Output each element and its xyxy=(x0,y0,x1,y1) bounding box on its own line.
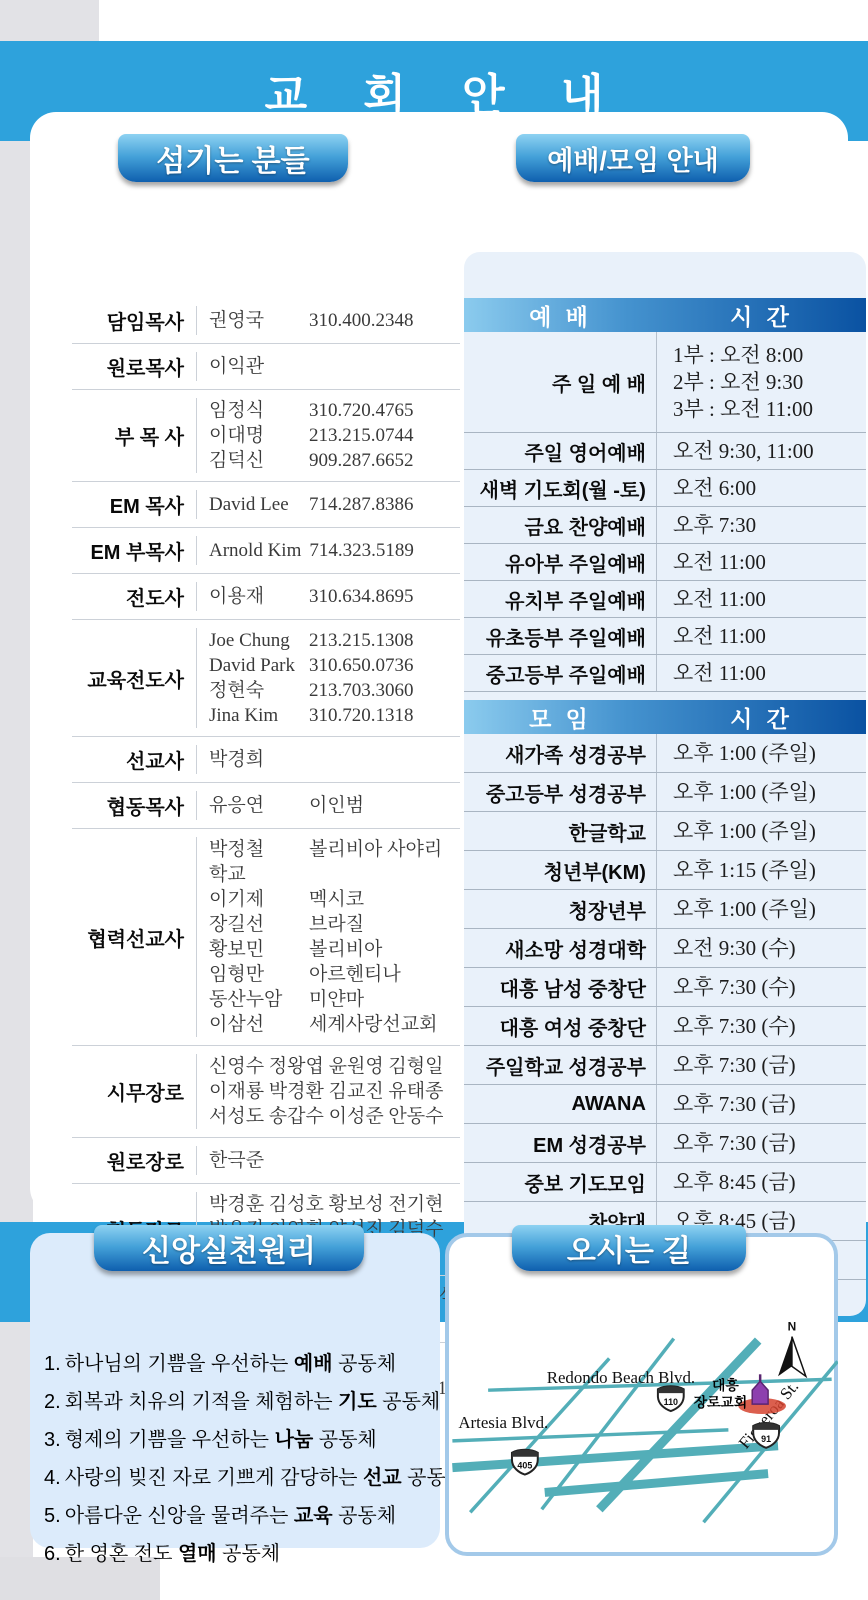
meeting-row-label: 중고등부 성경공부 xyxy=(464,773,657,811)
staff-row: 협력선교사박정철볼리비아 사야리학교이기제멕시코장길선브라질황보민볼리비아임형만… xyxy=(72,829,460,1046)
church-name-line1: 대흥 xyxy=(712,1377,739,1393)
meeting-row: 중고등부 성경공부오후 1:00 (주일) xyxy=(464,773,866,812)
principle-item: 2.회복과 치유의 기적을 체험하는 기도 공동체 xyxy=(44,1383,440,1421)
staff-value-name: 정현숙 xyxy=(209,678,301,703)
worship-row: 주일 영어예배오전 9:30, 11:00 xyxy=(464,433,866,470)
meeting-row-time: 오후 1:15 (주일) xyxy=(657,851,866,889)
staff-value-line: 황보민볼리비아 xyxy=(209,937,460,962)
staff-row: 교육전도사Joe Chung213.215.1308David Park310.… xyxy=(72,620,460,737)
church-name-line2: 장로교회 xyxy=(694,1394,748,1410)
principle-item: 4.사랑의 빚진 자로 기쁘게 감당하는 선교 공동체 xyxy=(44,1459,440,1497)
staff-ribbon: 섬기는 분들 xyxy=(118,134,348,182)
staff-role-label: 선교사 xyxy=(72,745,196,774)
worship-row-label: 금요 찬양예배 xyxy=(464,507,657,543)
staff-role-label: 교육전도사 xyxy=(72,628,196,728)
staff-value-name: 장길선 xyxy=(209,912,301,937)
worship-row-label: 중고등부 주일예배 xyxy=(464,655,657,691)
staff-value-name: Arnold Kim xyxy=(209,538,301,563)
staff-role-label: 원로장로 xyxy=(72,1146,196,1175)
meeting-row-time: 오후 7:30 (금) xyxy=(657,1046,866,1084)
meeting-row-time: 오후 1:00 (주일) xyxy=(657,773,866,811)
staff-value-name: 이용재 xyxy=(209,584,301,609)
staff-value-info: 310.720.1318 xyxy=(309,705,414,726)
principle-text: 회복과 치유의 기적을 체험하는 xyxy=(65,1391,338,1413)
staff-value-name: 이대명 xyxy=(209,423,301,448)
staff-value-name: 임형만 xyxy=(209,962,301,987)
directions-ribbon: 오시는 길 xyxy=(512,1225,746,1271)
staff-value-name: 동산누암 xyxy=(209,987,301,1012)
principle-text: 공동체 xyxy=(333,1353,397,1375)
principle-keyword: 예배 xyxy=(294,1353,333,1375)
meeting-row-label: AWANA xyxy=(464,1085,657,1123)
staff-role-label: 전도사 xyxy=(72,582,196,611)
worship-header-col1: 예 배 xyxy=(464,299,657,332)
gray-corner-top-left xyxy=(0,0,99,41)
worship-row-time: 오전 11:00 xyxy=(657,544,866,580)
staff-value-name: 황보민 xyxy=(209,937,301,962)
staff-role-label: 시무장로 xyxy=(72,1054,196,1129)
staff-value-info: 세계사랑선교회 xyxy=(309,1014,437,1035)
staff-role-label: 부 목 사 xyxy=(72,398,196,473)
staff-value-info: 714.287.8386 xyxy=(309,494,414,515)
staff-values: 임정식310.720.4765이대명213.215.0744김덕신909.287… xyxy=(196,398,460,473)
principle-number: 1. xyxy=(44,1353,61,1375)
staff-values: David Lee714.287.8386 xyxy=(196,490,460,519)
worship-row-time-line: 3부 : 오전 11:00 xyxy=(673,396,866,423)
staff-role-label: 협력선교사 xyxy=(72,837,196,1037)
meeting-row-time: 오전 9:30 (수) xyxy=(657,929,866,967)
staff-values: Joe Chung213.215.1308David Park310.650.0… xyxy=(196,628,460,728)
principle-text: 형제의 기쁨을 우선하는 xyxy=(65,1429,275,1451)
principle-number: 5. xyxy=(44,1505,61,1527)
staff-value-name: Joe Chung xyxy=(209,628,301,653)
worship-row: 금요 찬양예배오후 7:30 xyxy=(464,507,866,544)
page: 교 회 안 내 담임목사권영국310.400.2348원로목사이익관부 목 사임… xyxy=(0,0,868,1600)
staff-value-line: 한극준 xyxy=(209,1148,460,1173)
staff-value-line: 정현숙213.703.3060 xyxy=(209,678,460,703)
staff-value-info: 213.215.1308 xyxy=(309,630,414,651)
staff-value-line: 신영수 정왕엽 윤원영 김형일 xyxy=(209,1054,460,1079)
staff-value-line: 권영국310.400.2348 xyxy=(209,308,460,333)
staff-value-line: 이익관 xyxy=(209,354,460,379)
meeting-row: 청장년부오후 1:00 (주일) xyxy=(464,890,866,929)
staff-values: 이익관 xyxy=(196,352,460,381)
staff-value-line: 이재룡 박경환 김교진 유태종 xyxy=(209,1079,460,1104)
meeting-row-time: 오후 7:30 (수) xyxy=(657,968,866,1006)
staff-value-line: 임형만아르헨티나 xyxy=(209,962,460,987)
staff-value-info: 213.215.0744 xyxy=(309,425,414,446)
staff-value-line: David Lee714.287.8386 xyxy=(209,492,460,517)
meeting-row-label: 중보 기도모임 xyxy=(464,1163,657,1201)
staff-value-line: 박경희 xyxy=(209,747,460,772)
principle-text: 공동체 xyxy=(217,1543,281,1565)
staff-value-name: 권영국 xyxy=(209,308,301,333)
staff-value-name: 박정철 xyxy=(209,837,301,862)
staff-row: EM 부목사Arnold Kim714.323.5189 xyxy=(72,528,460,574)
staff-value-name: 박경희 xyxy=(209,747,301,772)
staff-values: 유응연이인범 xyxy=(196,791,460,820)
directions-card: Redondo Beach Blvd. Artesia Blvd. Figuer… xyxy=(445,1233,838,1556)
meeting-row: 한글학교오후 1:00 (주일) xyxy=(464,812,866,851)
worship-row-time: 1부 : 오전 8:002부 : 오전 9:303부 : 오전 11:00 xyxy=(657,332,866,432)
meeting-row-label: 청장년부 xyxy=(464,890,657,928)
staff-value-line: 동산누암미얀마 xyxy=(209,987,460,1012)
worship-rows: 주 일 예 배1부 : 오전 8:002부 : 오전 9:303부 : 오전 1… xyxy=(464,332,866,692)
principle-text: 사랑의 빚진 자로 기쁘게 감당하는 xyxy=(65,1467,363,1489)
staff-row: 원로장로한극준 xyxy=(72,1138,460,1184)
meeting-row: 대흥 여성 중창단오후 7:30 (수) xyxy=(464,1007,866,1046)
staff-value-line: 이용재310.634.8695 xyxy=(209,584,460,609)
meeting-row-label: 대흥 남성 중창단 xyxy=(464,968,657,1006)
principle-item: 1.하나님의 기쁨을 우선하는 예배 공동체 xyxy=(44,1345,440,1383)
principle-item: 3.형제의 기쁨을 우선하는 나눔 공동체 xyxy=(44,1421,440,1459)
svg-text:110: 110 xyxy=(664,1397,678,1407)
meeting-row-label: 대흥 여성 중창단 xyxy=(464,1007,657,1045)
staff-value-info: 310.400.2348 xyxy=(309,310,414,331)
staff-values: 박정철볼리비아 사야리학교이기제멕시코장길선브라질황보민볼리비아임형만아르헨티나… xyxy=(196,837,460,1037)
meeting-row: 새소망 성경대학오전 9:30 (수) xyxy=(464,929,866,968)
staff-value-name: 이익관 xyxy=(209,354,301,379)
staff-value-line: 장길선브라질 xyxy=(209,912,460,937)
worship-row: 새벽 기도회(월 -토)오전 6:00 xyxy=(464,470,866,507)
meeting-row: 새가족 성경공부오후 1:00 (주일) xyxy=(464,734,866,773)
staff-role-label: EM 부목사 xyxy=(72,536,196,565)
staff-value-line: 유응연이인범 xyxy=(209,793,460,818)
worship-row-label: 유아부 주일예배 xyxy=(464,544,657,580)
meeting-row-label: 새소망 성경대학 xyxy=(464,929,657,967)
worship-row-label: 주 일 예 배 xyxy=(464,332,657,432)
worship-row: 유치부 주일예배오전 11:00 xyxy=(464,581,866,618)
svg-text:91: 91 xyxy=(761,1434,771,1444)
staff-values: 한극준 xyxy=(196,1146,460,1175)
staff-value-info: 아르헨티나 xyxy=(309,964,401,985)
meeting-header-col1: 모 임 xyxy=(464,701,657,734)
staff-role-label: 담임목사 xyxy=(72,306,196,335)
staff-value-info: 310.650.0736 xyxy=(309,655,414,676)
staff-role-label: 원로목사 xyxy=(72,352,196,381)
principle-keyword: 열매 xyxy=(178,1543,217,1565)
staff-value-name: Jina Kim xyxy=(209,703,301,728)
principles-card: 1.하나님의 기쁨을 우선하는 예배 공동체2.회복과 치유의 기적을 체험하는… xyxy=(30,1233,440,1548)
meeting-row: 청년부(KM)오후 1:15 (주일) xyxy=(464,851,866,890)
worship-row-label: 주일 영어예배 xyxy=(464,433,657,469)
principle-item: 5.아름다운 신앙을 물려주는 교육 공동체 xyxy=(44,1497,440,1535)
staff-value-line: Jina Kim310.720.1318 xyxy=(209,703,460,728)
worship-row-time-line: 2부 : 오전 9:30 xyxy=(673,369,866,396)
worship-row-time-line: 1부 : 오전 8:00 xyxy=(673,342,866,369)
svg-text:N: N xyxy=(788,1320,797,1334)
principle-number: 3. xyxy=(44,1429,61,1451)
meeting-row-time: 오후 1:00 (주일) xyxy=(657,890,866,928)
staff-value-name: David Park xyxy=(209,653,301,678)
meeting-row-label: 한글학교 xyxy=(464,812,657,850)
meeting-row-label: 청년부(KM) xyxy=(464,851,657,889)
worship-row-label: 유초등부 주일예배 xyxy=(464,618,657,654)
worship-row-label: 새벽 기도회(월 -토) xyxy=(464,470,657,506)
principle-number: 4. xyxy=(44,1467,61,1489)
staff-value-info: 714.323.5189 xyxy=(309,540,414,561)
principles-ribbon: 신앙실천원리 xyxy=(94,1225,364,1271)
north-arrow-icon: N xyxy=(778,1320,806,1377)
worship-row-time: 오후 7:30 xyxy=(657,507,866,543)
staff-role-label: EM 목사 xyxy=(72,490,196,519)
meeting-row-time: 오후 1:00 (주일) xyxy=(657,812,866,850)
meeting-row-label: 새가족 성경공부 xyxy=(464,734,657,772)
principle-text: 아름다운 신앙을 물려주는 xyxy=(65,1505,294,1527)
staff-value-name: 이기제 xyxy=(209,887,301,912)
staff-row: 담임목사권영국310.400.2348 xyxy=(72,298,460,344)
staff-value-info: 310.720.4765 xyxy=(309,400,414,421)
staff-row: 전도사이용재310.634.8695 xyxy=(72,574,460,620)
worship-row-time: 오전 11:00 xyxy=(657,618,866,654)
staff-row: 선교사박경희 xyxy=(72,737,460,783)
principle-number: 6. xyxy=(44,1543,61,1565)
staff-value-line: 이삼선세계사랑선교회 xyxy=(209,1012,460,1037)
map: Redondo Beach Blvd. Artesia Blvd. Figuer… xyxy=(450,1279,838,1555)
staff-value-name: 유응연 xyxy=(209,793,301,818)
staff-value-info: 미얀마 xyxy=(309,989,364,1010)
worship-row-label: 유치부 주일예배 xyxy=(464,581,657,617)
staff-value-info: 볼리비아 xyxy=(309,939,382,960)
meeting-row: AWANA오후 7:30 (금) xyxy=(464,1085,866,1124)
worship-row: 유아부 주일예배오전 11:00 xyxy=(464,544,866,581)
principle-text: 공동체 xyxy=(377,1391,441,1413)
meeting-row: 대흥 남성 중창단오후 7:30 (수) xyxy=(464,968,866,1007)
worship-row: 주 일 예 배1부 : 오전 8:002부 : 오전 9:303부 : 오전 1… xyxy=(464,332,866,433)
staff-value-line: 박경훈 김성호 황보성 전기현 xyxy=(209,1192,460,1217)
staff-value-line: 임정식310.720.4765 xyxy=(209,398,460,423)
principle-keyword: 교육 xyxy=(294,1505,333,1527)
staff-value-line: 김덕신909.287.6652 xyxy=(209,448,460,473)
meeting-header-col2: 시 간 xyxy=(657,701,866,734)
meeting-row-time: 오후 7:30 (금) xyxy=(657,1085,866,1123)
main-panel: 담임목사권영국310.400.2348원로목사이익관부 목 사임정식310.72… xyxy=(30,112,848,1214)
worship-ribbon: 예배/모임 안내 xyxy=(516,134,750,182)
staff-value-line: 이기제멕시코 xyxy=(209,887,460,912)
staff-value-name: 한극준 xyxy=(209,1148,301,1173)
principle-keyword: 나눔 xyxy=(275,1429,314,1451)
staff-row: EM 목사David Lee714.287.8386 xyxy=(72,482,460,528)
meeting-row-time: 오후 1:00 (주일) xyxy=(657,734,866,772)
meeting-row-time: 오후 7:30 (수) xyxy=(657,1007,866,1045)
principle-text: 하나님의 기쁨을 우선하는 xyxy=(65,1353,294,1375)
shield-405-icon: 405 xyxy=(512,1450,538,1475)
schedule-card: 예 배 시 간 주 일 예 배1부 : 오전 8:002부 : 오전 9:303… xyxy=(464,252,866,1316)
staff-row: 원로목사이익관 xyxy=(72,344,460,390)
staff-value-line: David Park310.650.0736 xyxy=(209,653,460,678)
svg-text:405: 405 xyxy=(517,1461,532,1471)
principle-text: 한 영혼 전도 xyxy=(65,1543,178,1565)
principle-keyword: 선교 xyxy=(363,1467,402,1489)
staff-role-label: 협동목사 xyxy=(72,791,196,820)
staff-row: 부 목 사임정식310.720.4765이대명213.215.0744김덕신90… xyxy=(72,390,460,482)
principle-keyword: 기도 xyxy=(338,1391,377,1413)
staff-value-line: Joe Chung213.215.1308 xyxy=(209,628,460,653)
staff-row: 협동목사유응연이인범 xyxy=(72,783,460,829)
worship-row: 중고등부 주일예배오전 11:00 xyxy=(464,655,866,692)
staff-value-info: 909.287.6652 xyxy=(309,450,414,471)
worship-row-time: 오전 11:00 xyxy=(657,581,866,617)
worship-table-header: 예 배 시 간 xyxy=(464,298,866,332)
staff-values: 신영수 정왕엽 윤원영 김형일이재룡 박경환 김교진 유태종서성도 송갑수 이성… xyxy=(196,1054,460,1129)
meeting-row: 주일학교 성경공부오후 7:30 (금) xyxy=(464,1046,866,1085)
staff-value-line: Arnold Kim714.323.5189 xyxy=(209,538,460,563)
freeway-405 xyxy=(452,1446,778,1468)
staff-value-name: 이삼선 xyxy=(209,1012,301,1037)
road-label-redondo: Redondo Beach Blvd. xyxy=(547,1368,695,1387)
worship-row-time: 오전 6:00 xyxy=(657,470,866,506)
staff-values: 이용재310.634.8695 xyxy=(196,582,460,611)
staff-values: 권영국310.400.2348 xyxy=(196,306,460,335)
staff-value-name: 임정식 xyxy=(209,398,301,423)
staff-value-info: 213.703.3060 xyxy=(309,680,414,701)
meeting-row: EM 성경공부오후 7:30 (금) xyxy=(464,1124,866,1163)
staff-values: Arnold Kim714.323.5189 xyxy=(196,536,460,565)
staff-value-line: 박정철볼리비아 사야리학교 xyxy=(209,837,460,887)
meeting-row-label: 주일학교 성경공부 xyxy=(464,1046,657,1084)
staff-value-name: 김덕신 xyxy=(209,448,301,473)
staff-row: 시무장로신영수 정왕엽 윤원영 김형일이재룡 박경환 김교진 유태종서성도 송갑… xyxy=(72,1046,460,1138)
road-label-artesia: Artesia Blvd. xyxy=(458,1413,548,1432)
worship-row-time: 오전 11:00 xyxy=(657,655,866,691)
worship-row-time: 오전 9:30, 11:00 xyxy=(657,433,866,469)
staff-value-info: 브라질 xyxy=(309,914,364,935)
staff-value-line: 서성도 송갑수 이성준 안동수 xyxy=(209,1104,460,1129)
meeting-row-time: 오후 8:45 (금) xyxy=(657,1163,866,1201)
staff-values: 박경희 xyxy=(196,745,460,774)
meeting-row: 중보 기도모임오후 8:45 (금) xyxy=(464,1163,866,1202)
staff-value-line: 이대명213.215.0744 xyxy=(209,423,460,448)
staff-value-info: 310.634.8695 xyxy=(309,586,414,607)
meeting-table-header: 모 임 시 간 xyxy=(464,700,866,734)
shield-110-icon: 110 xyxy=(658,1386,684,1411)
principle-item: 6.한 영혼 전도 열매 공동체 xyxy=(44,1535,440,1573)
staff-value-info: 이인범 xyxy=(309,795,364,816)
staff-value-name: David Lee xyxy=(209,492,301,517)
principle-text: 공동체 xyxy=(333,1505,397,1527)
principle-number: 2. xyxy=(44,1391,61,1413)
principles-list: 1.하나님의 기쁨을 우선하는 예배 공동체2.회복과 치유의 기적을 체험하는… xyxy=(44,1345,440,1573)
staff-value-info: 멕시코 xyxy=(309,889,364,910)
worship-header-col2: 시 간 xyxy=(657,299,866,332)
meeting-row-label: EM 성경공부 xyxy=(464,1124,657,1162)
gray-left-strip xyxy=(0,141,33,1600)
worship-row: 유초등부 주일예배오전 11:00 xyxy=(464,618,866,655)
principle-text: 공동체 xyxy=(313,1429,377,1451)
meeting-row-time: 오후 7:30 (금) xyxy=(657,1124,866,1162)
